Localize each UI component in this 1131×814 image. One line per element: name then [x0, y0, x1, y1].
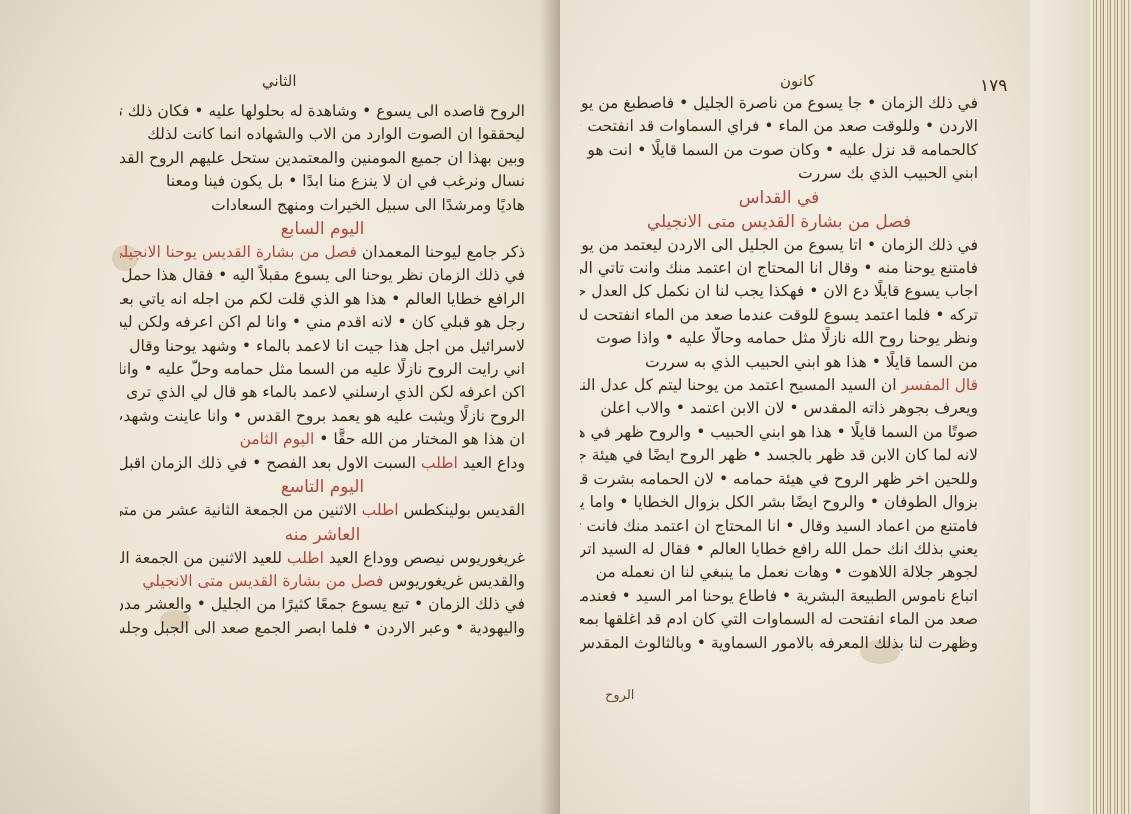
text-line: هاديًا ومرشدًا الى سبيل الخيرات ومنهج ال… [120, 194, 525, 217]
text-line: فامتنع يوحنا منه • وقال انا المحتاج ان ا… [580, 257, 978, 280]
text-line: وبين بهذا ان جميع المومنين والمعتمدين ست… [120, 147, 525, 170]
mixed-line: والقديس غريغوريوس فصل من بشارة القديس مت… [120, 570, 525, 593]
text-line: اتباع ناموس الطبيعة البشرية • فاطاع يوحن… [580, 585, 978, 608]
text-span: للعيد الاثنين من الجمعة الثانية من لوقا [120, 549, 282, 567]
text-line: الاردن • وللوقت صعد من الماء • فراي السم… [580, 115, 978, 138]
open-manuscript: الثاني الروح قاصده الى يسوع • وشاهدة له … [0, 0, 1131, 814]
mixed-line: القديس بولينكطس اطلب الاثنين من الجمعة ا… [120, 499, 525, 522]
right-page: ١٧٩ كانون في ذلك الزمان • جا يسوع من ناص… [560, 0, 1030, 814]
text-line: الروح قاصده الى يسوع • وشاهدة له بحلولها… [120, 100, 525, 123]
catchword: الروح [605, 688, 634, 703]
text-line: نسال ونرغب في ان لا ينزع منا ابدًا • بل … [120, 170, 525, 193]
text-span: ذكر جامع ليوحنا المعمدان [362, 243, 525, 261]
text-span: وداع العيد [463, 454, 525, 472]
left-page: الثاني الروح قاصده الى يسوع • وشاهدة له … [0, 0, 560, 814]
text-line: ويعرف بجوهر ذاته المقدس • لان الابن اعتم… [580, 397, 978, 420]
text-span: ان هذا هو المختار من الله حقًّا • [319, 430, 525, 448]
rubric-heading: في القداس [580, 186, 978, 210]
rubric-heading: العاشر منه [120, 523, 525, 547]
rubric-heading: فصل من بشارة القديس متى الانجيلي [580, 210, 978, 234]
mixed-line: غريغوريوس نيصص ووداع العيد اطلب للعيد ال… [120, 547, 525, 570]
text-line: كالحمامه قد نزل عليه • وكان صوت من السما… [580, 139, 978, 162]
text-span: القديس بولينكطس [404, 501, 525, 519]
rubric-span: فصل من بشارة القديس متى الانجيلي [142, 572, 383, 590]
text-line: يعني بذلك انك حمل الله رافع خطايا العالم… [580, 538, 978, 561]
mixed-line: ان هذا هو المختار من الله حقًّا • اليوم … [120, 428, 525, 451]
text-line: الروح نازلًا ويثبت عليه هو يعمد بروح الق… [120, 405, 525, 428]
running-header: كانون [780, 72, 815, 90]
text-span: ان السيد المسيح اعتمد من يوحنا ليتم كل ع… [580, 376, 897, 394]
text-line: وظهرت لنا بذلك المعرفه بالامور السماوية … [580, 632, 978, 655]
text-line: في ذلك الزمان • تبع يسوع جمعًا كثيرًا من… [120, 593, 525, 616]
text-line: في ذلك الزمان نظر يوحنا الى يسوع مقبلاً … [120, 264, 525, 287]
mixed-line: قال المفسر ان السيد المسيح اعتمد من يوحن… [580, 374, 978, 397]
rubric-span: قال المفسر [901, 376, 978, 394]
folio-number: ١٧٩ [980, 76, 1007, 96]
text-line: ونظر يوحنا روح الله نازلًا مثل حمامه وحا… [580, 327, 978, 350]
rubric-heading: اليوم السابع [120, 217, 525, 241]
rubric-heading: اليوم التاسع [120, 475, 525, 499]
rubric-span: فصل من بشارة القديس يوحنا الانجيلي [120, 243, 357, 261]
text-line: لانه لما كان الابن قد ظهر بالجسد • ظهر ا… [580, 444, 978, 467]
rubric-span: اطلب [287, 549, 324, 567]
rubric-span: اطلب [362, 501, 399, 519]
text-line: بزوال الطوفان • والروح ايضًا بشر الكل بز… [580, 491, 978, 514]
running-header: الثاني [262, 72, 297, 90]
text-line: اجاب يسوع قايلًا دع الان • فهكذا يجب لنا… [580, 280, 978, 303]
text-line: الرافع خطايا العالم • هذا هو الذي قلت لك… [120, 288, 525, 311]
text-span: والقديس غريغوريوس [388, 572, 525, 590]
text-line: واليهودية • وعبر الاردن • فلما ابصر الجم… [120, 617, 525, 640]
text-line: في ذلك الزمان • اتا يسوع من الجليل الى ا… [580, 234, 978, 257]
right-text-block: في ذلك الزمان • جا يسوع من ناصرة الجليل … [580, 92, 978, 655]
text-line: ليحققوا ان الصوت الوارد من الاب والشهاده… [120, 123, 525, 146]
text-line: وللحين اخر ظهر الروح في هيئة حمامه • لان… [580, 468, 978, 491]
text-line: ابني الحبيب الذي بك سررت [580, 162, 978, 185]
text-line: فامتنع من اعماد السيد وقال • انا المحتاج… [580, 515, 978, 538]
rubric-span: اليوم الثامن [240, 430, 315, 448]
text-line: من السما قايلًا • هذا هو ابني الحبيب الذ… [580, 351, 978, 374]
text-span: الاثنين من الجمعة الثانية عشر من متى في … [120, 501, 357, 519]
mixed-line: وداع العيد اطلب السبت الاول بعد الفصح • … [120, 452, 525, 475]
text-line: صعد من الماء انفتحت له السماوات التي كان… [580, 608, 978, 631]
text-span: السبت الاول بعد الفصح • في ذلك الزمان اق… [120, 454, 416, 472]
text-line: اني رايت الروح نازلًا عليه من السما مثل … [120, 358, 525, 381]
text-span: غريغوريوس نيصص ووداع العيد [329, 549, 525, 567]
left-text-block: الروح قاصده الى يسوع • وشاهدة له بحلولها… [120, 100, 525, 640]
text-line: رجل هو قبلي كان • لانه اقدم مني • وانا ل… [120, 311, 525, 334]
text-line: في ذلك الزمان • جا يسوع من ناصرة الجليل … [580, 92, 978, 115]
text-line: اكن اعرفه لكن الذي ارسلني لاعمد بالماء ه… [120, 381, 525, 404]
fore-edge-pages [1090, 0, 1131, 814]
text-line: صوتًا من السما قايلًا • هذا هو ابني الحب… [580, 421, 978, 444]
text-line: لجوهر جلالة اللاهوت • وهات نعمل ما ينبغي… [580, 561, 978, 584]
text-line: تركه • فلما اعتمد يسوع للوقت عندما صعد م… [580, 304, 978, 327]
text-line: لاسرائيل من اجل هذا جيت انا لاعمد بالماء… [120, 335, 525, 358]
rubric-span: اطلب [421, 454, 458, 472]
mixed-line: ذكر جامع ليوحنا المعمدان فصل من بشارة ال… [120, 241, 525, 264]
